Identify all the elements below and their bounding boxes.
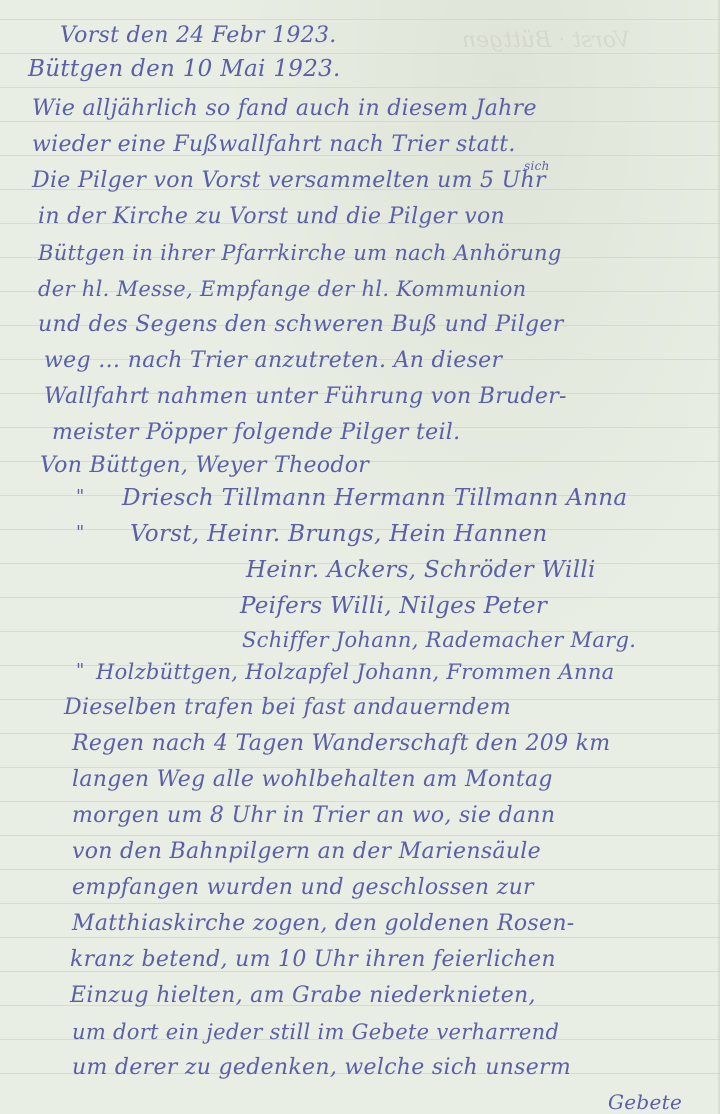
text-line: in der Kirche zu Vorst und die Pilger vo… [38,203,505,233]
pilgrim-list-heading: Von Büttgen, Weyer Theodor [40,452,369,482]
pilgrim-list-row: Holzbüttgen, Holzapfel Johann, Frommen A… [96,658,614,688]
text-line: um dort ein jeder still im Gebete verhar… [72,1018,559,1048]
bleed-through-text: Vorst · Büttgen [430,28,630,88]
text-line: Wallfahrt nahmen unter Führung von Brude… [44,383,567,413]
text-line: Regen nach 4 Tagen Wanderschaft den 209 … [72,730,610,760]
text-line: Einzug hielten, am Grabe niederknieten, [70,982,536,1012]
date-line-buettgen: Büttgen den 10 Mai 1923. [28,55,341,85]
pilgrim-list-row: Heinr. Ackers, Schröder Willi [246,556,596,586]
text-line: empfangen wurden und geschlossen zur [72,874,534,904]
text-line: um derer zu gedenken, welche sich unserm [72,1054,571,1084]
text-line: Büttgen in ihrer Pfarrkirche um nach Anh… [38,239,562,269]
text-line: Dieselben trafen bei fast andauerndem [64,694,511,724]
text-line: Matthiaskirche zogen, den goldenen Rosen… [72,910,575,940]
text-line: von den Bahnpilgern an der Mariensäule [72,838,541,868]
ditto-mark: " [76,486,85,507]
ditto-mark: " [76,522,85,543]
chronicle-page: Vorst · Büttgen Vorst den 24 Febr 1923. … [0,0,720,1114]
text-line: wieder eine Fußwallfahrt nach Trier stat… [32,131,516,161]
ditto-mark: " [76,660,85,681]
pilgrim-list-row: Vorst, Heinr. Brungs, Hein Hannen [130,520,547,550]
text-line: Die Pilger von Vorst versammelten um 5 U… [32,167,546,197]
text-line: der hl. Messe, Empfange der hl. Kommunio… [38,275,527,305]
text-line: langen Weg alle wohlbehalten am Montag [72,766,553,796]
text-line: kranz betend, um 10 Uhr ihren feierliche… [70,946,556,976]
pilgrim-list-row: Driesch Tillmann Hermann Tillmann Anna [122,484,627,514]
text-line: weg … nach Trier anzutreten. An dieser [44,347,502,377]
pilgrim-list-row: Schiffer Johann, Rademacher Marg. [242,626,636,656]
date-line-vorst: Vorst den 24 Febr 1923. [60,22,337,52]
text-line: und des Segens den schweren Buß und Pilg… [38,311,564,341]
text-line: Wie alljährlich so fand auch in diesem J… [32,95,537,125]
text-line: meister Pöpper folgende Pilger teil. [52,419,460,449]
catchword: Gebete [608,1088,682,1114]
pilgrim-list-row: Peifers Willi, Nilges Peter [240,592,547,622]
text-line: morgen um 8 Uhr in Trier an wo, sie dann [72,802,555,832]
